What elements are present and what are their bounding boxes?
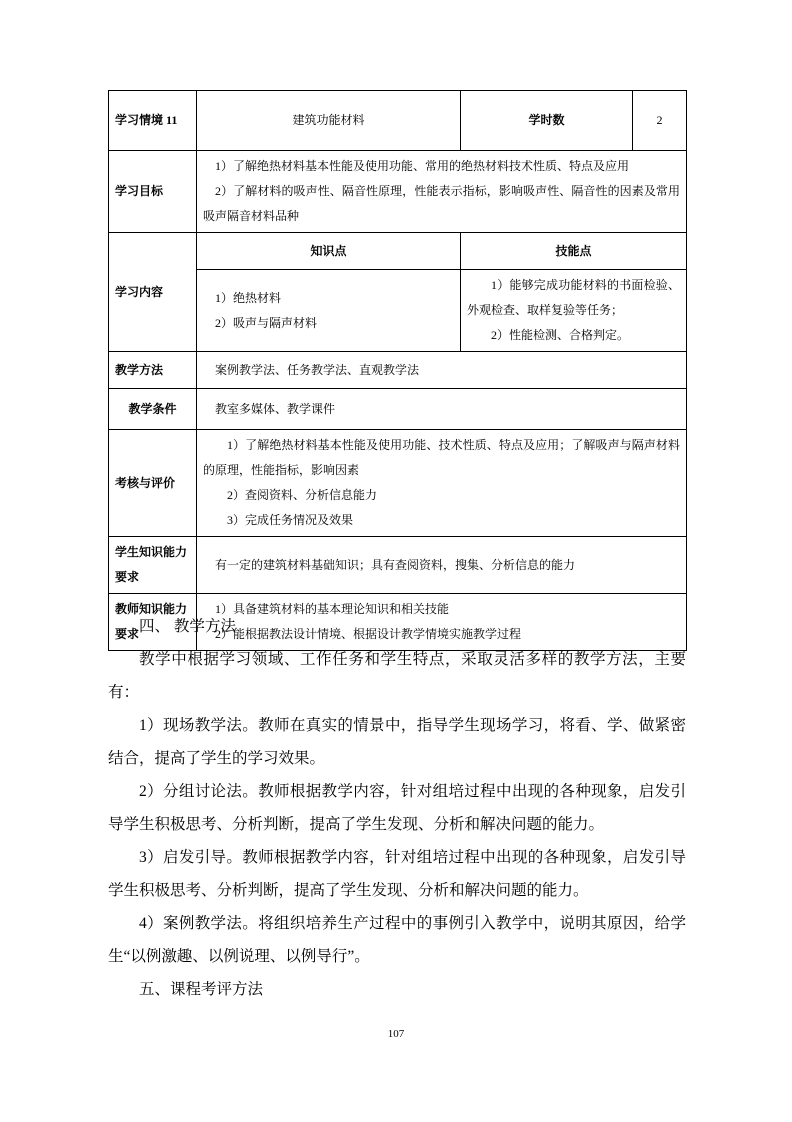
page-number: 107: [0, 1028, 792, 1040]
goals-cell: 1）了解绝热材料基本性能及使用功能、常用的绝热材料技术性质、特点及应用 2）了解…: [197, 151, 687, 233]
situation-title: 建筑功能材料: [197, 91, 461, 151]
table-row: 教学方法 案例教学法、任务教学法、直观教学法: [109, 352, 687, 389]
body-text: 四、 教学方法 教学中根据学习领域、工作任务和学生特点，采取灵活多样的教学方法，…: [108, 610, 686, 1006]
table-row: 学习情境 11 建筑功能材料 学时数 2: [109, 91, 687, 151]
method-paragraph: 3）启发引导。教师根据教学内容，针对组培过程中出现的各种现象，启发引导学生积极思…: [108, 841, 686, 907]
knowledge-item: 1）绝热材料: [203, 286, 454, 311]
student-req-label: 学生知识能力要求: [109, 537, 197, 594]
table-row: 学习内容 知识点 技能点: [109, 233, 687, 270]
methods-label: 教学方法: [109, 352, 197, 389]
knowledge-cell: 1）绝热材料 2）吸声与隔声材料: [197, 270, 461, 352]
hours-value: 2: [633, 91, 687, 151]
skill-item: 1）能够完成功能材料的书面检验、外观检查、取样复验等任务；: [467, 273, 680, 323]
goals-label: 学习目标: [109, 151, 197, 233]
situation-label: 学习情境 11: [109, 91, 197, 151]
student-req-value: 有一定的建筑材料基础知识；具有查阅资料，搜集、分析信息的能力: [203, 553, 680, 578]
document-page: 学习情境 11 建筑功能材料 学时数 2 学习目标 1）了解绝热材料基本性能及使…: [0, 0, 792, 1122]
conditions-label: 教学条件: [109, 389, 197, 430]
conditions-cell: 教室多媒体、教学课件: [197, 389, 687, 430]
section-heading-five: 五、课程考评方法: [108, 973, 686, 1006]
assessment-item: 2）查阅资料、分析信息能力: [203, 483, 680, 508]
intro-paragraph: 教学中根据学习领域、工作任务和学生特点，采取灵活多样的教学方法，主要有：: [108, 643, 686, 709]
assessment-item: 3）完成任务情况及效果: [203, 508, 680, 533]
table-row: 学生知识能力要求 有一定的建筑材料基础知识；具有查阅资料，搜集、分析信息的能力: [109, 537, 687, 594]
hours-label: 学时数: [461, 91, 633, 151]
skills-header: 技能点: [461, 233, 687, 270]
method-paragraph: 4）案例教学法。将组织培养生产过程中的事例引入教学中，说明其原因，给学生“以例激…: [108, 907, 686, 973]
student-req-cell: 有一定的建筑材料基础知识；具有查阅资料，搜集、分析信息的能力: [197, 537, 687, 594]
knowledge-header: 知识点: [197, 233, 461, 270]
table-row: 考核与评价 1）了解绝热材料基本性能及使用功能、技术性质、特点及应用；了解吸声与…: [109, 430, 687, 537]
content-label: 学习内容: [109, 233, 197, 352]
assessment-label: 考核与评价: [109, 430, 197, 537]
skill-item: 2）性能检测、合格判定。: [467, 323, 680, 348]
method-paragraph: 2）分组讨论法。教师根据教学内容，针对组培过程中出现的各种现象，启发引导学生积极…: [108, 775, 686, 841]
methods-value: 案例教学法、任务教学法、直观教学法: [203, 358, 680, 383]
assessment-item: 1）了解绝热材料基本性能及使用功能、技术性质、特点及应用；了解吸声与隔声材料的原…: [203, 433, 680, 483]
methods-cell: 案例教学法、任务教学法、直观教学法: [197, 352, 687, 389]
table-row: 教学条件 教室多媒体、教学课件: [109, 389, 687, 430]
goal-item: 1）了解绝热材料基本性能及使用功能、常用的绝热材料技术性质、特点及应用: [203, 154, 680, 179]
learning-situation-table: 学习情境 11 建筑功能材料 学时数 2 学习目标 1）了解绝热材料基本性能及使…: [108, 90, 687, 651]
method-paragraph: 1）现场教学法。教师在真实的情景中，指导学生现场学习，将看、学、做紧密结合，提高…: [108, 709, 686, 775]
section-heading-four: 四、 教学方法: [108, 610, 686, 643]
conditions-value: 教室多媒体、教学课件: [203, 397, 680, 422]
table-row: 学习目标 1）了解绝热材料基本性能及使用功能、常用的绝热材料技术性质、特点及应用…: [109, 151, 687, 233]
goal-item: 2）了解材料的吸声性、隔音性原理，性能表示指标，影响吸声性、隔音性的因素及常用吸…: [203, 179, 680, 229]
knowledge-item: 2）吸声与隔声材料: [203, 311, 454, 336]
skills-cell: 1）能够完成功能材料的书面检验、外观检查、取样复验等任务； 2）性能检测、合格判…: [461, 270, 687, 352]
assessment-cell: 1）了解绝热材料基本性能及使用功能、技术性质、特点及应用；了解吸声与隔声材料的原…: [197, 430, 687, 537]
